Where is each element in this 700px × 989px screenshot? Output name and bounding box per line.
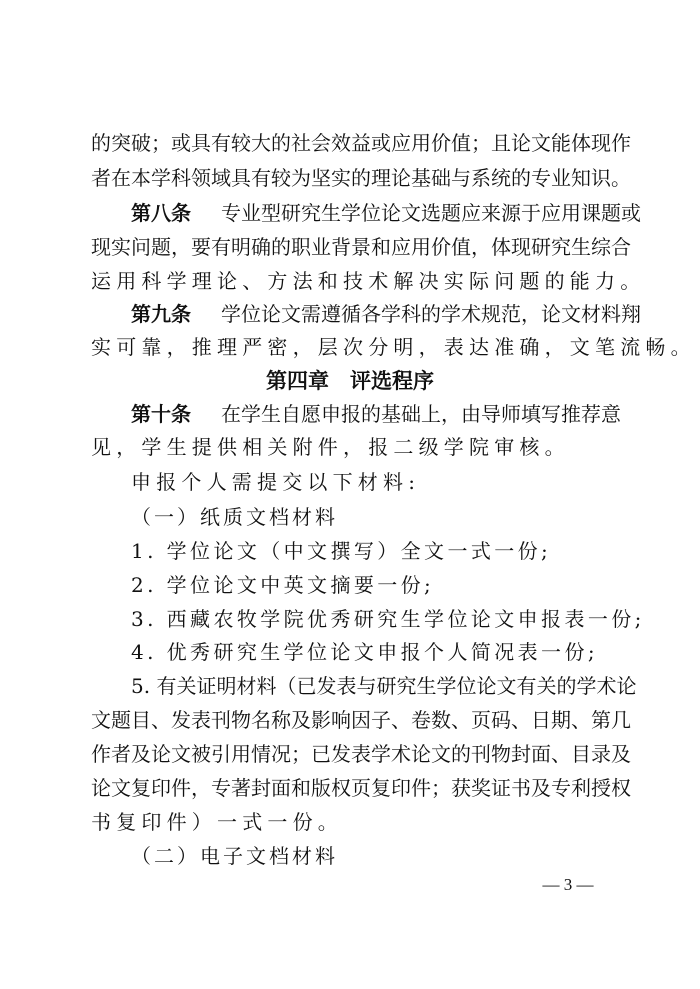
section-heading: （二）电子文档材料 [131,841,609,871]
article-10-line: 第十条在学生自愿申报的基础上，由导师填写推荐意 [131,399,609,429]
list-item: 4. 优秀研究生学位论文申报个人简况表一份; [131,637,609,667]
paragraph-line: 作者及论文被引用情况；已发表学术论文的刊物封面、目录及 [91,739,609,769]
section-heading: （一）纸质文档材料 [131,502,609,532]
page-number: — 3 — [540,872,596,898]
list-item: 5. 有关证明材料（已发表与研究生学位论文有关的学术论 [131,671,609,701]
list-item: 3. 西藏农牧学院优秀研究生学位论文申报表一份; [131,604,609,634]
article-label: 第八条 [131,201,191,225]
article-text: 学位论文需遵循各学科的学术规范，论文材料翔 [221,302,641,326]
paragraph-line: 的突破；或具有较大的社会效益或应用价值；且论文能体现作 [91,128,609,158]
paragraph-line: 实可靠，推理严密，层次分明，表达准确，文笔流畅。 [91,332,609,362]
paragraph-line: 运用科学理论、方法和技术解决实际问题的能力。 [91,266,609,296]
article-text: 专业型研究生学位论文选题应来源于应用课题或 [221,201,641,225]
document-page: 的突破；或具有较大的社会效益或应用价值；且论文能体现作 者在本学科领域具有较为坚… [0,0,700,989]
article-8-line: 第八条专业型研究生学位论文选题应来源于应用课题或 [131,198,609,228]
paragraph-line: 现实问题，要有明确的职业背景和应用价值，体现研究生综合 [91,232,609,262]
list-item: 1. 学位论文（中文撰写）全文一式一份; [131,536,609,566]
article-9-line: 第九条学位论文需遵循各学科的学术规范，论文材料翔 [131,299,609,329]
paragraph-line: 申报个人需提交以下材料: [131,467,609,497]
list-item: 2. 学位论文中英文摘要一份; [131,570,609,600]
paragraph-line: 论文复印件，专著封面和版权页复印件；获奖证书及专利授权 [91,773,609,803]
article-text: 在学生自愿申报的基础上，由导师填写推荐意 [221,402,621,426]
chapter-heading: 第四章 评选程序 [91,366,609,396]
article-label: 第九条 [131,302,191,326]
paragraph-line: 书复印件）一式一份。 [91,807,609,837]
paragraph-line: 者在本学科领域具有较为坚实的理论基础与系统的专业知识。 [91,163,609,193]
article-label: 第十条 [131,402,191,426]
paragraph-line: 见，学生提供相关附件，报二级学院审核。 [91,432,609,462]
paragraph-line: 文题目、发表刊物名称及影响因子、卷数、页码、日期、第几 [91,705,609,735]
